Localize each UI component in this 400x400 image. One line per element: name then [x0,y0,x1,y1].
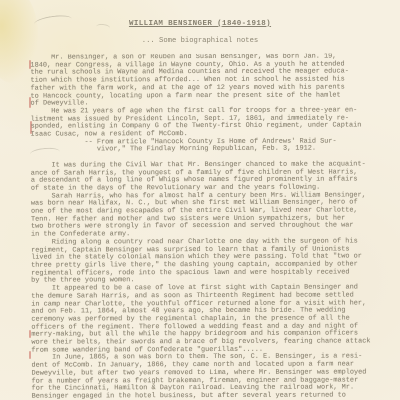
scanned-document-page: WILLIAM BENSINGER (1840-1918) ... Some b… [0,0,400,400]
document-title: WILLIAM BENSINGER (1840-1918) [0,20,400,28]
document-subtitle: ... Some biographical notes [0,37,400,45]
document-body-text: Mr. Bensinger, a son of Reuben and Susan… [30,53,376,400]
